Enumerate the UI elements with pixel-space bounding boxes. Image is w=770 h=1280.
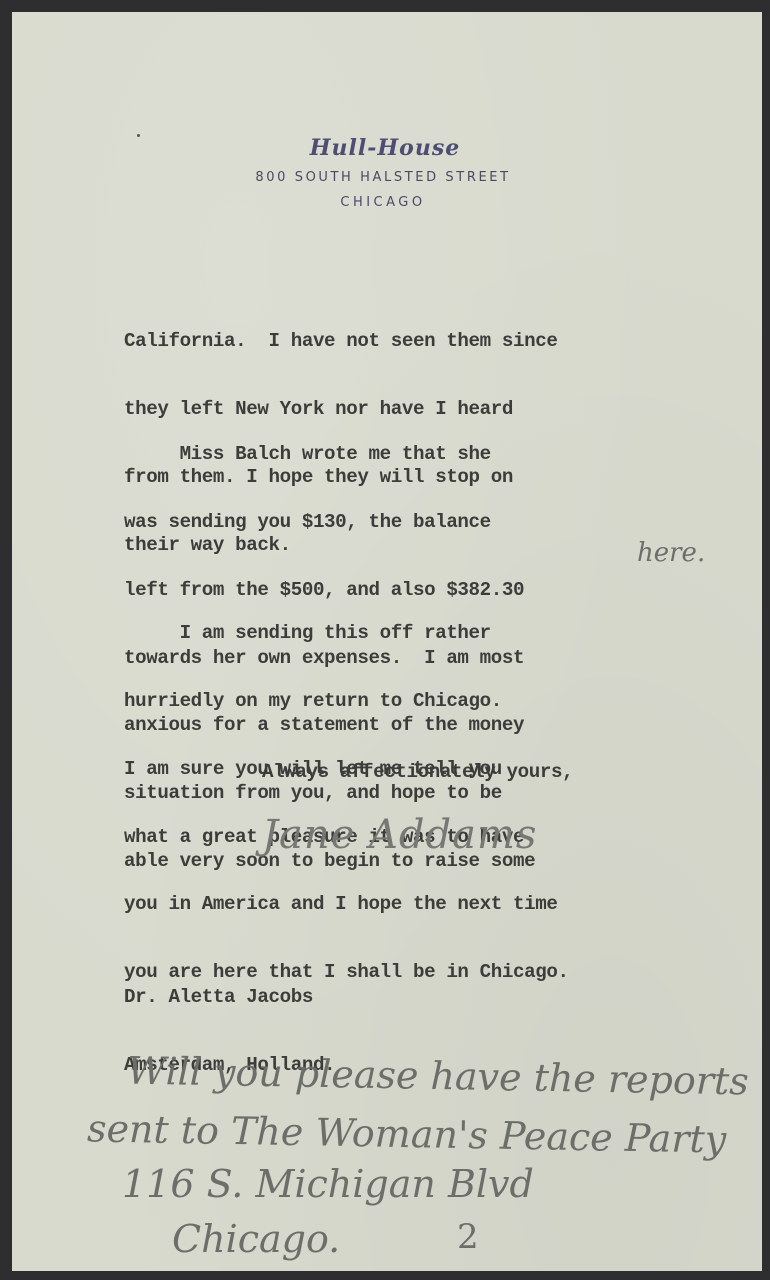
letterhead-title: Hull-House [8, 135, 762, 161]
letter-page: Hull-House 800 SOUTH HALSTED STREET CHIC… [12, 12, 762, 1271]
handwritten-insert: here. [637, 538, 705, 568]
signature: Jane Addams [262, 812, 537, 858]
handwritten-note-line: sent to The Woman's Peace Party [87, 1106, 727, 1161]
text-line: I am sending this off rather [124, 622, 569, 645]
addressee-name: Dr. Aletta Jacobs [124, 986, 335, 1009]
text-line: California. I have not seen them since [124, 330, 557, 353]
text-line: was sending you $130, the balance [124, 511, 535, 534]
letterhead-city: CHICAGO [4, 195, 762, 210]
page-number: 2 [457, 1217, 479, 1257]
handwritten-note-line: Chicago. [172, 1217, 340, 1261]
text-line: Miss Balch wrote me that she [124, 443, 535, 466]
valediction: Always affectionately yours, [262, 761, 573, 784]
handwritten-note-line: 116 S. Michigan Blvd [122, 1162, 534, 1206]
letterhead-street: 800 SOUTH HALSTED STREET [4, 170, 762, 185]
text-line: you in America and I hope the next time [124, 893, 569, 916]
text-line: hurriedly on my return to Chicago. [124, 690, 569, 713]
